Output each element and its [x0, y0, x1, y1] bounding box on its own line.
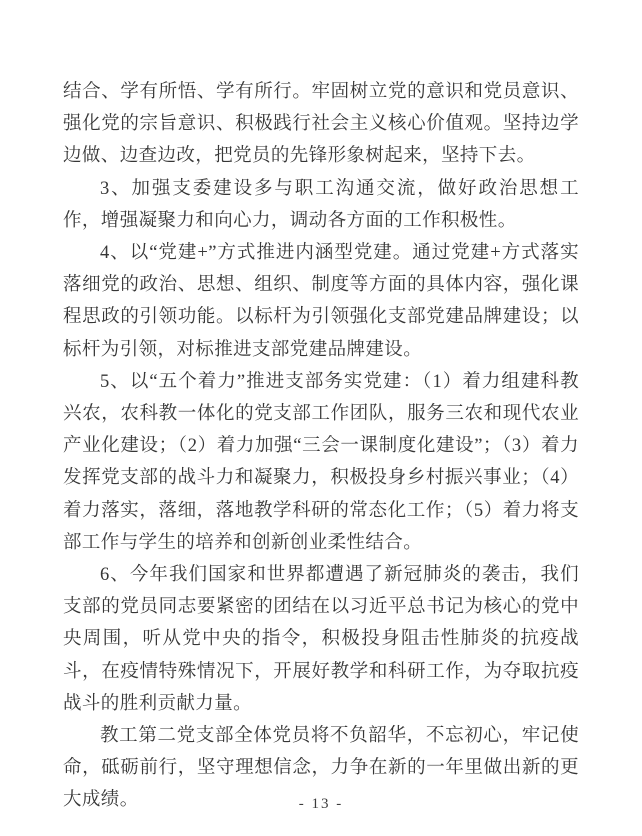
page-number: - 13 -	[0, 796, 642, 813]
paragraph: 3、加强支委建设多与职工沟通交流，做好政治思想工作，增强凝聚力和向心力，调动各方…	[63, 173, 579, 237]
document-page: 结合、学有所悟、学有所行。牢固树立党的意识和党员意识、强化党的宗旨意识、积极践行…	[0, 0, 642, 836]
paragraph: 5、以“五个着力”推进支部务实党建：（1）着力组建科教兴农，农科教一体化的党支部…	[63, 366, 579, 559]
paragraph: 结合、学有所悟、学有所行。牢固树立党的意识和党员意识、强化党的宗旨意识、积极践行…	[63, 76, 579, 173]
paragraph: 4、以“党建+”方式推进内涵型党建。通过党建+方式落实落细党的政治、思想、组织、…	[63, 237, 579, 366]
paragraph: 6、今年我们国家和世界都遭遇了新冠肺炎的袭击，我们支部的党员同志要紧密的团结在以…	[63, 559, 579, 720]
document-body: 结合、学有所悟、学有所行。牢固树立党的意识和党员意识、强化党的宗旨意识、积极践行…	[63, 76, 579, 817]
